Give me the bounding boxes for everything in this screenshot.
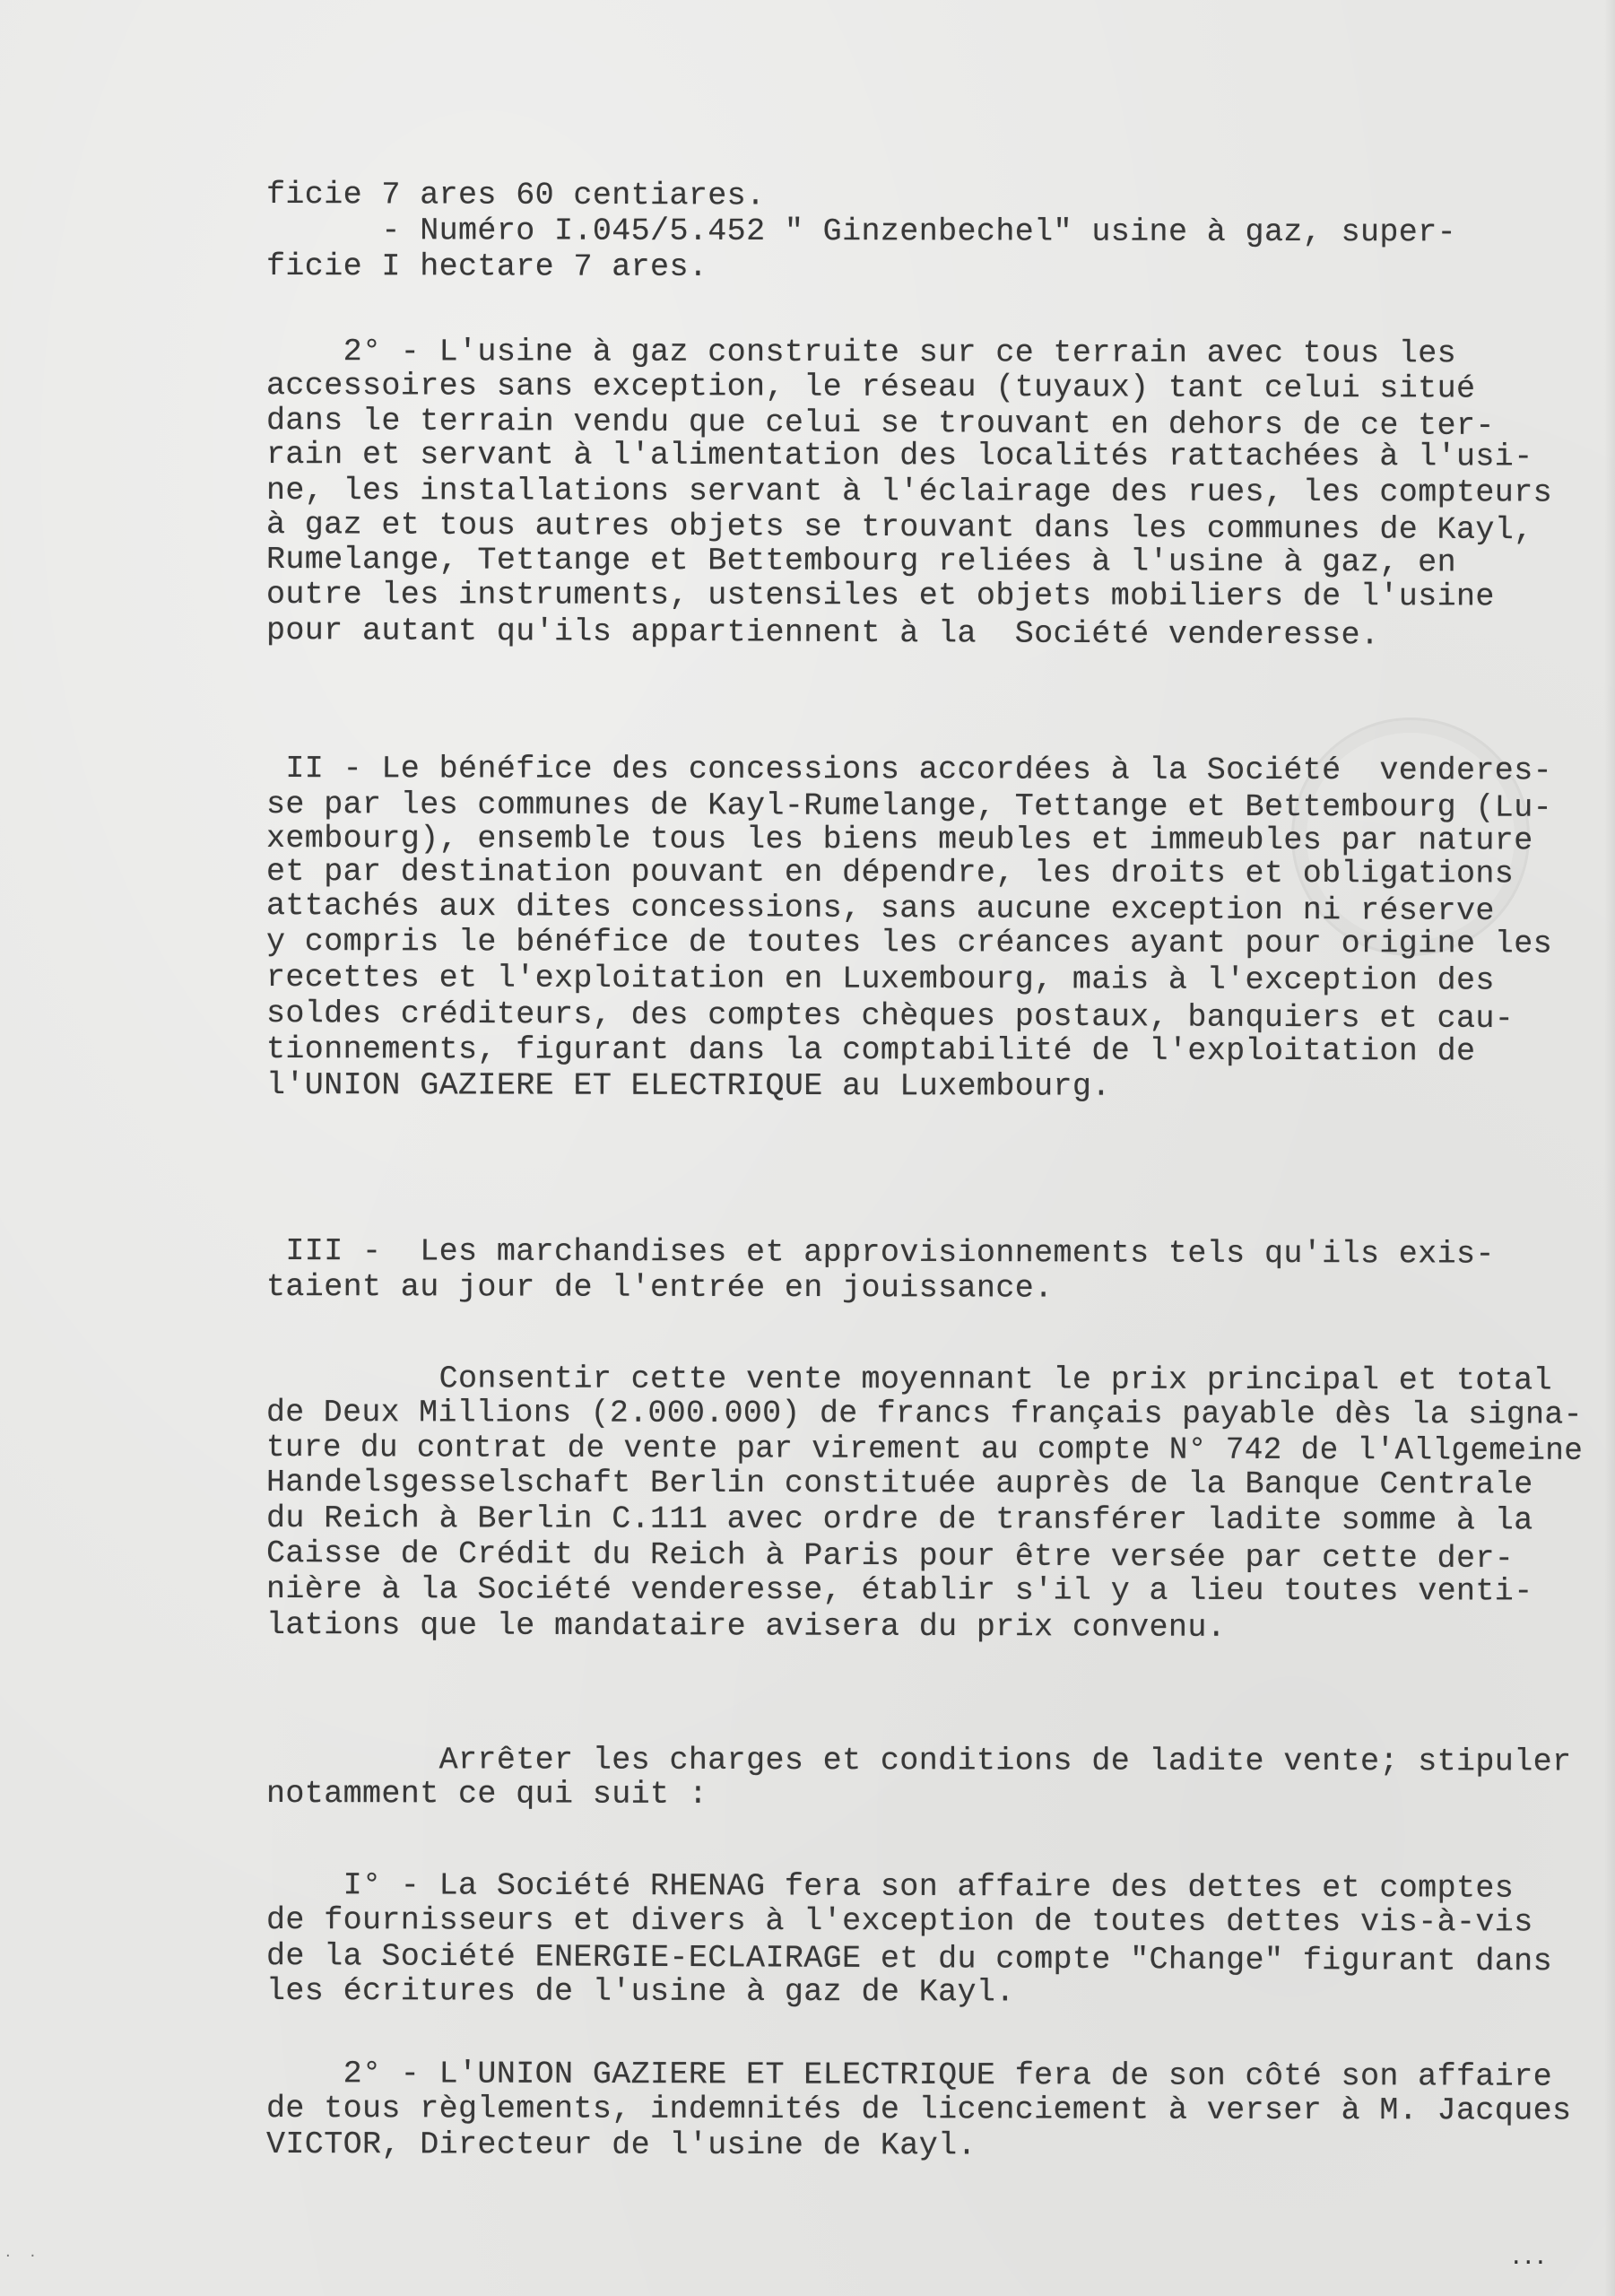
text-line: lations que le mandataire avisera du pri… bbox=[266, 1610, 1226, 1644]
text-line: II - Le bénéfice des concessions accordé… bbox=[266, 753, 1552, 787]
text-line: ficie 7 ares 60 centiares. bbox=[266, 179, 766, 212]
text-line: à gaz et tous autres objets se trouvant … bbox=[266, 509, 1533, 546]
text-line: accessoires sans exception, le réseau (t… bbox=[266, 370, 1476, 405]
text-line: recettes et l'exploitation en Luxembourg… bbox=[266, 962, 1495, 997]
text-line: ture du contrat de vente par virement au… bbox=[266, 1432, 1583, 1467]
text-line: se par les communes de Kayl-Rumelange, T… bbox=[266, 789, 1552, 824]
text-line: ne, les installations servant à l'éclair… bbox=[266, 475, 1552, 509]
text-line: outre les instruments, ustensiles et obj… bbox=[266, 579, 1495, 613]
text-line: l'UNION GAZIERE ET ELECTRIQUE au Luxembo… bbox=[266, 1070, 1111, 1103]
text-line: I° - La Société RHENAG fera son affaire … bbox=[266, 1870, 1514, 1905]
text-line: les écritures de l'usine à gaz de Kayl. bbox=[266, 1976, 1015, 2008]
text-line: VICTOR, Directeur de l'usine de Kayl. bbox=[266, 2129, 977, 2161]
text-line: Handelsgesselschaft Berlin constituée au… bbox=[266, 1467, 1533, 1500]
text-line: - Numéro I.045/5.452 " Ginzenbechel" usi… bbox=[266, 215, 1456, 248]
text-line: du Reich à Berlin C.111 avec ordre de tr… bbox=[266, 1503, 1533, 1536]
continuation-mark: ... bbox=[1512, 2239, 1549, 2271]
text-line: III - Les marchandises et approvisionnem… bbox=[266, 1236, 1495, 1271]
text-line: tionnements, figurant dans la comptabili… bbox=[266, 1034, 1475, 1067]
text-line: rain et servant à l'alimentation des loc… bbox=[266, 439, 1533, 473]
text-line: Arrêter les charges et conditions de lad… bbox=[266, 1744, 1571, 1779]
text-line: 2° - L'usine à gaz construite sur ce ter… bbox=[266, 336, 1456, 370]
text-line: nière à la Société venderesse, établir s… bbox=[266, 1574, 1533, 1607]
text-line: de tous règlements, indemnités de licenc… bbox=[266, 2093, 1571, 2127]
text-line: de fournisseurs et divers à l'exception … bbox=[266, 1905, 1533, 1938]
text-line: pour autant qu'ils appartiennent à la So… bbox=[266, 615, 1380, 651]
text-line: Caisse de Crédit du Reich à Paris pour ê… bbox=[266, 1538, 1514, 1575]
text-line: notamment ce qui suit : bbox=[266, 1779, 708, 1811]
text-line: 2° - L'UNION GAZIERE ET ELECTRIQUE fera … bbox=[266, 2058, 1552, 2093]
text-line: taient au jour de l'entrée en jouissance… bbox=[266, 1272, 1054, 1305]
text-line: soldes créditeurs, des comptes chèques p… bbox=[266, 998, 1514, 1035]
text-line: y compris le bénéfice de toutes les créa… bbox=[266, 926, 1552, 961]
margin-mark: . . bbox=[5, 2242, 42, 2261]
page-edge-shadow bbox=[1604, 0, 1615, 2296]
text-line: de la Société ENERGIE-ECLAIRAGE et du co… bbox=[266, 1941, 1552, 1978]
text-line: attachés aux dites concessions, sans auc… bbox=[266, 891, 1495, 927]
text-line: Consentir cette vente moyennant le prix … bbox=[266, 1363, 1552, 1397]
text-line: de Deux Millions (2.000.000) de francs f… bbox=[266, 1397, 1583, 1431]
text-line: ficie I hectare 7 ares. bbox=[266, 251, 708, 283]
text-line: et par destination pouvant en dépendre, … bbox=[266, 857, 1514, 890]
document-page: ficie 7 ares 60 centiares. - Numéro I.04… bbox=[0, 0, 1615, 2296]
text-line: Rumelange, Tettange et Bettembourg relié… bbox=[266, 544, 1456, 578]
text-line: xembourg), ensemble tous les biens meubl… bbox=[266, 823, 1533, 857]
